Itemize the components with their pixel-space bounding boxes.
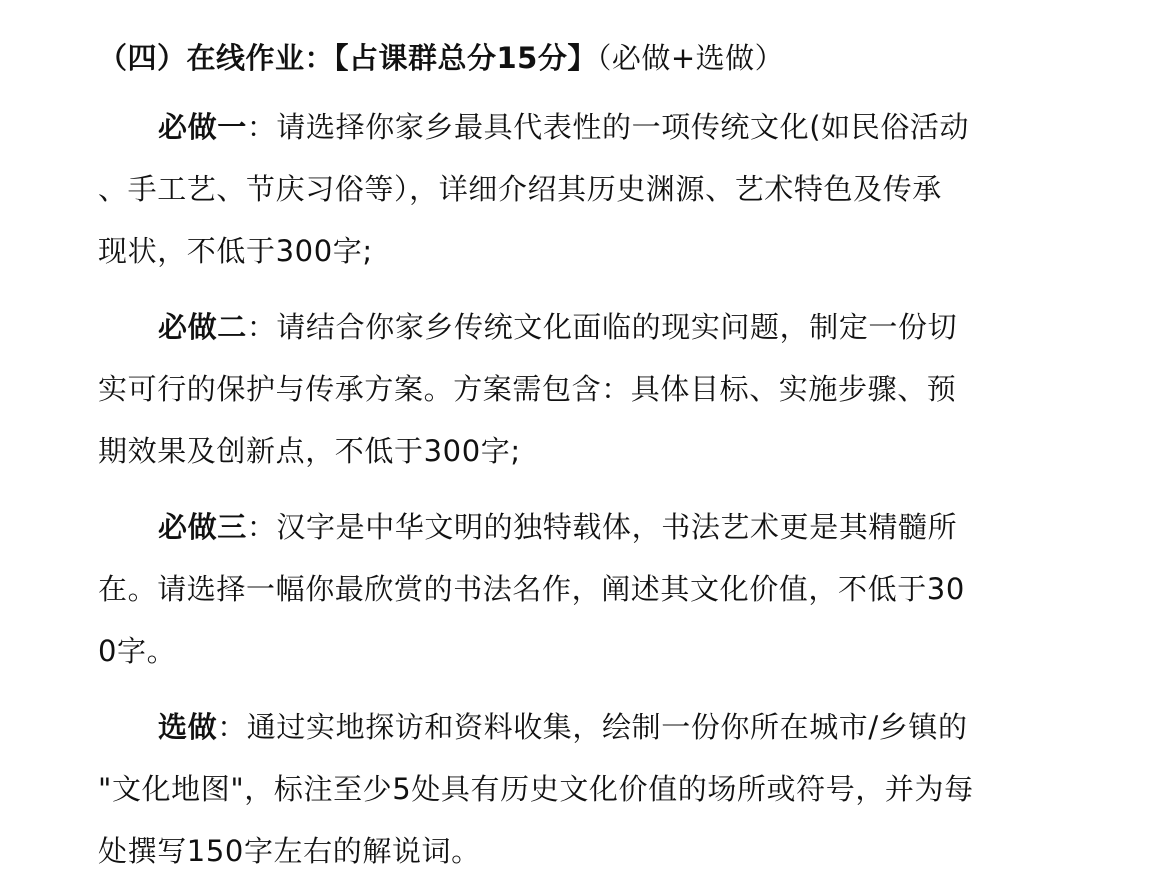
task-line: "文化地图"，标注至少5处具有历史文化价值的场所或符号，并为每 [98, 758, 1018, 820]
task-label: 必做二 [158, 310, 247, 344]
task-label: 必做一 [158, 110, 247, 144]
heading-title: （四）在线作业：【占课群总分15分】 [98, 41, 597, 75]
section-heading: （四）在线作业：【占课群总分15分】（必做+选做） [98, 34, 1018, 82]
task-line: 0字。 [98, 620, 1018, 682]
task-line: 、手工艺、节庆习俗等），详细介绍其历史渊源、艺术特色及传承 [98, 158, 1018, 220]
task-line: 选做：通过实地探访和资料收集，绘制一份你所在城市/乡镇的 [98, 696, 1018, 758]
task-line: 必做三：汉字是中华文明的独特载体，书法艺术更是其精髓所 [98, 496, 1018, 558]
task-text: ：请结合你家乡传统文化面临的现实问题，制定一份切 [247, 310, 957, 344]
task-line: 必做二：请结合你家乡传统文化面临的现实问题，制定一份切 [98, 296, 1018, 358]
task-required-1: 必做一：请选择你家乡最具代表性的一项传统文化(如民俗活动 、手工艺、节庆习俗等）… [98, 96, 1018, 282]
task-text: ：请选择你家乡最具代表性的一项传统文化(如民俗活动 [247, 110, 969, 144]
assignment-document: （四）在线作业：【占课群总分15分】（必做+选做） 必做一：请选择你家乡最具代表… [98, 34, 1018, 882]
task-line: 必做一：请选择你家乡最具代表性的一项传统文化(如民俗活动 [98, 96, 1018, 158]
task-text: ：通过实地探访和资料收集，绘制一份你所在城市/乡镇的 [217, 710, 967, 744]
task-optional: 选做：通过实地探访和资料收集，绘制一份你所在城市/乡镇的 "文化地图"，标注至少… [98, 696, 1018, 882]
task-line: 实可行的保护与传承方案。方案需包含：具体目标、实施步骤、预 [98, 358, 1018, 420]
task-required-2: 必做二：请结合你家乡传统文化面临的现实问题，制定一份切 实可行的保护与传承方案。… [98, 296, 1018, 482]
task-line: 期效果及创新点，不低于300字; [98, 420, 1018, 482]
task-line: 在。请选择一幅你最欣赏的书法名作，阐述其文化价值，不低于30 [98, 558, 1018, 620]
task-line: 现状，不低于300字; [98, 220, 1018, 282]
task-line: 处撰写150字左右的解说词。 [98, 820, 1018, 882]
task-required-3: 必做三：汉字是中华文明的独特载体，书法艺术更是其精髓所 在。请选择一幅你最欣赏的… [98, 496, 1018, 682]
task-text: ：汉字是中华文明的独特载体，书法艺术更是其精髓所 [247, 510, 957, 544]
task-label: 必做三 [158, 510, 247, 544]
task-label: 选做 [158, 710, 217, 744]
heading-note: （必做+选做） [597, 41, 784, 75]
